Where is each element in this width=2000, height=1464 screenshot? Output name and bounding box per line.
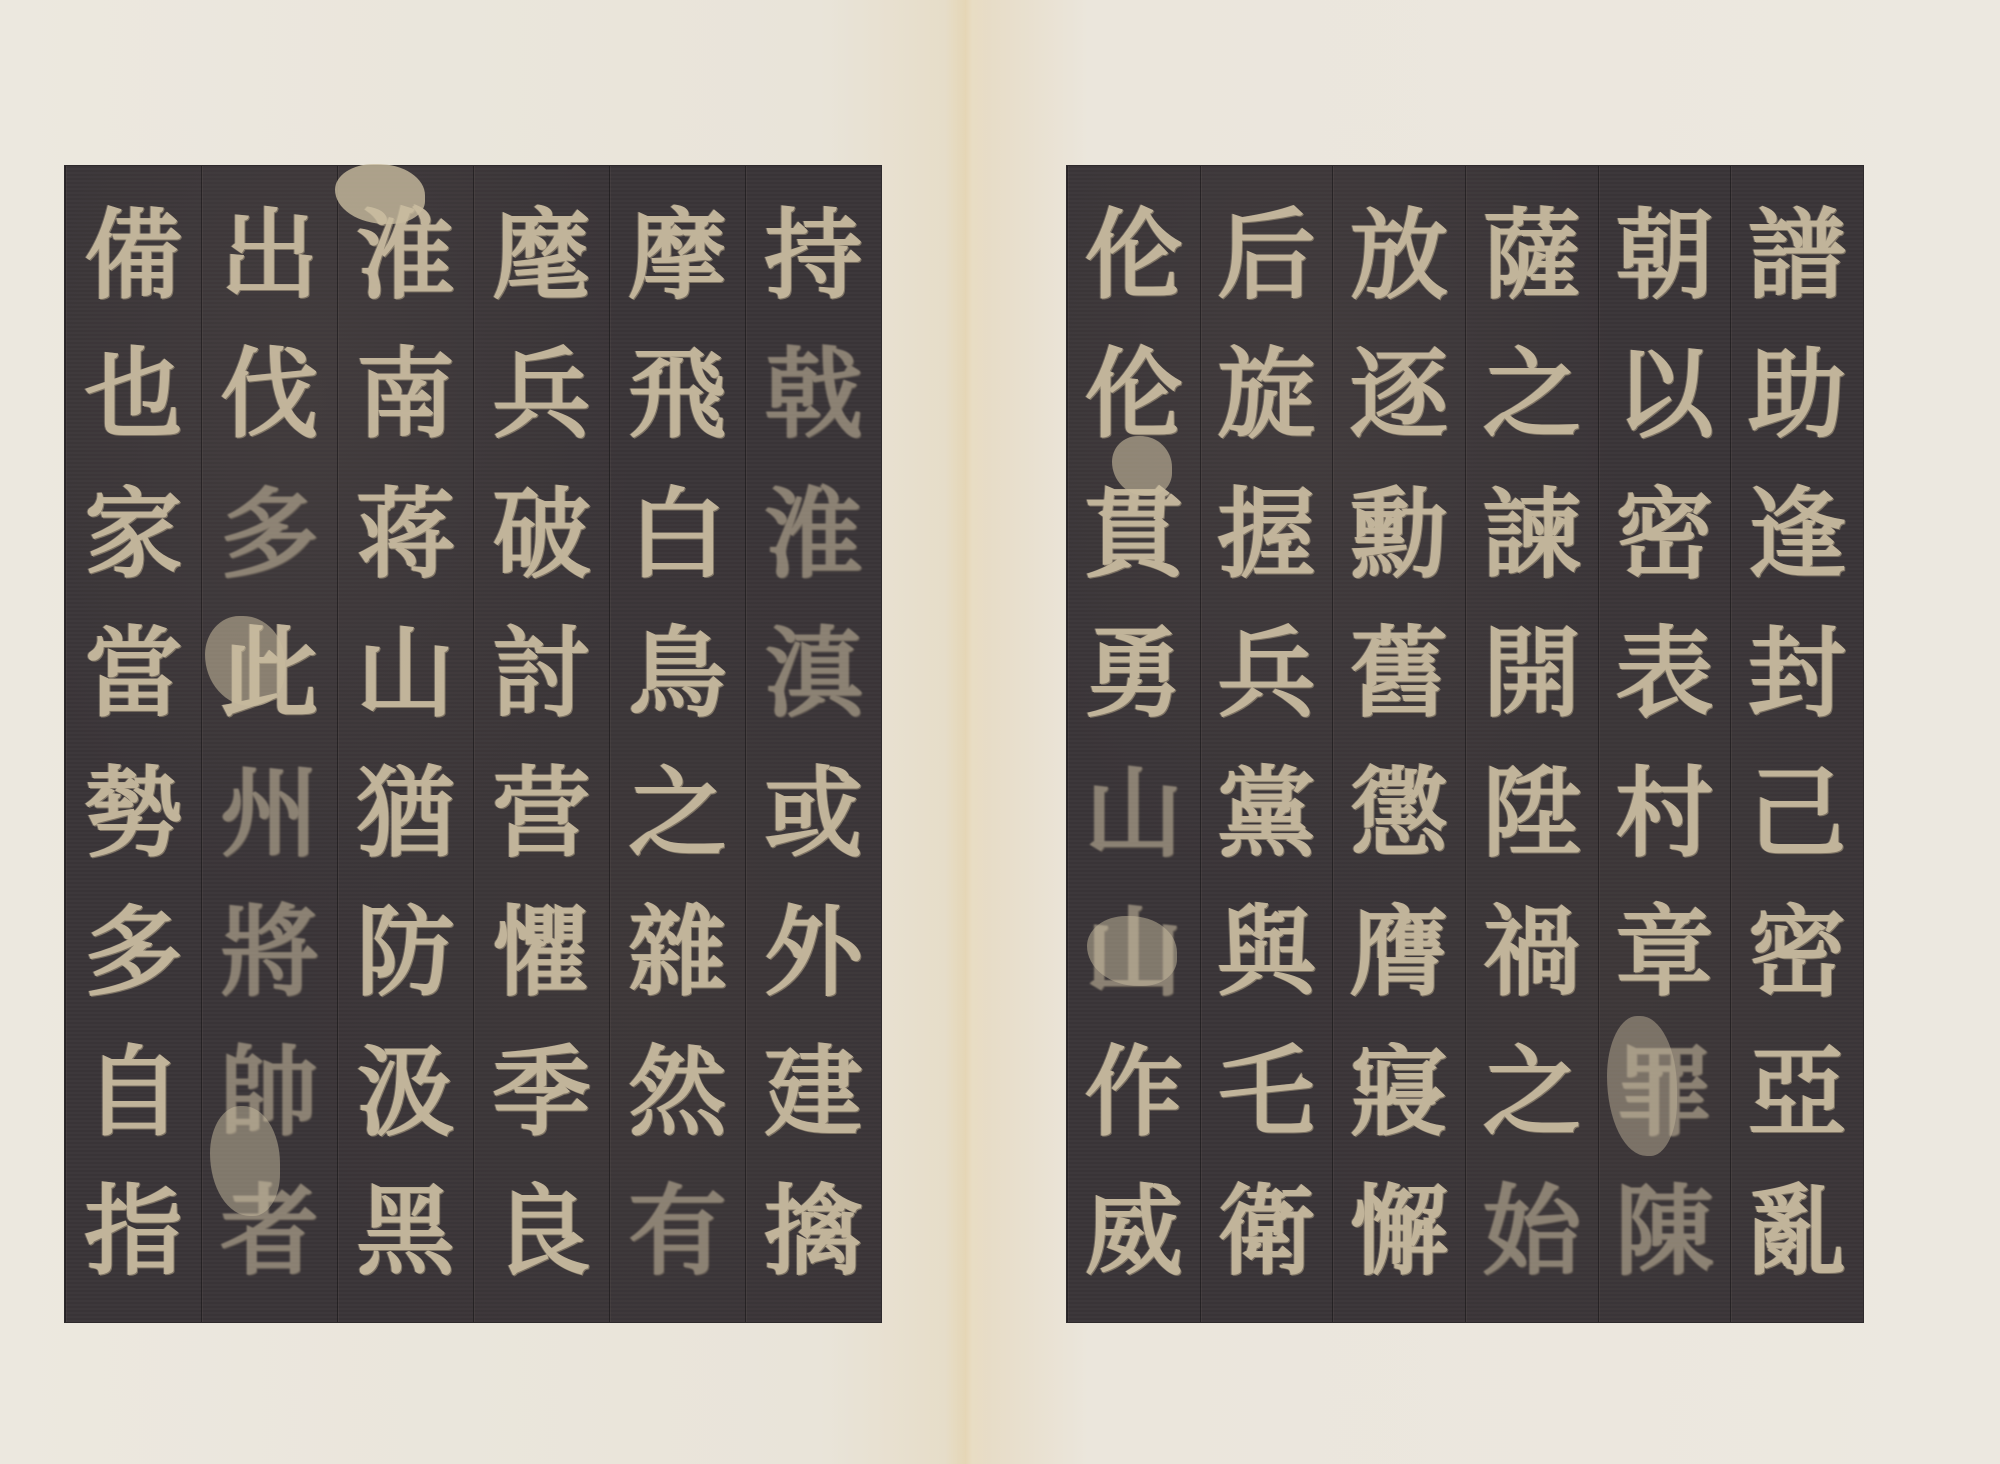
glyph: 伐 [220,346,318,444]
glyph: 亂 [1748,1183,1846,1281]
calligraphy-column: 后 旋 握 兵 黨 與 乇 衛 [1200,166,1333,1322]
glyph: 建 [764,1044,862,1142]
glyph: 寢 [1350,1044,1448,1142]
glyph: 封 [1748,625,1846,723]
calligraphy-column: 摩 飛 白 鳥 之 雜 然 有 [609,166,745,1322]
glyph: 威 [1085,1183,1183,1281]
calligraphy-column: 朝 以 密 表 村 章 罪 陳 [1598,166,1731,1322]
glyph: 汲 [356,1044,454,1142]
glyph: 南 [356,346,454,444]
glyph: 貫 [1085,486,1183,584]
glyph: 防 [356,904,454,1002]
glyph: 放 [1350,207,1448,305]
glyph: 薩 [1483,207,1581,305]
glyph: 乇 [1217,1044,1315,1142]
calligraphy-column: 備 也 家 當 勢 多 自 指 [65,166,201,1322]
glyph: 外 [764,904,862,1002]
glyph: 旋 [1217,346,1315,444]
glyph: 諫 [1483,486,1581,584]
glyph: 討 [492,625,590,723]
glyph: 章 [1615,904,1713,1002]
glyph: 多 [220,486,318,584]
glyph: 逐 [1350,346,1448,444]
glyph: 己 [1748,765,1846,863]
glyph: 衛 [1217,1183,1315,1281]
glyph: 將 [220,904,318,1002]
calligraphy-column: 麾 兵 破 討 营 懼 季 良 [473,166,609,1322]
glyph: 淮 [764,486,862,584]
glyph: 譜 [1748,207,1846,305]
glyph: 黨 [1217,765,1315,863]
glyph: 戟 [764,346,862,444]
glyph: 破 [492,486,590,584]
glyph: 朝 [1615,207,1713,305]
glyph: 蒋 [356,486,454,584]
glyph: 麾 [492,207,590,305]
glyph: 季 [492,1044,590,1142]
glyph: 擒 [764,1183,862,1281]
glyph: 伦 [1085,346,1183,444]
glyph: 白 [628,486,726,584]
glyph: 備 [84,207,182,305]
glyph: 村 [1615,765,1713,863]
glyph: 逢 [1748,486,1846,584]
calligraphy-column: 伦 伦 貫 勇 山 山 作 威 [1067,166,1200,1322]
glyph: 作 [1085,1044,1183,1142]
glyph: 之 [628,765,726,863]
glyph: 勳 [1350,486,1448,584]
glyph: 舊 [1350,625,1448,723]
glyph: 山 [1085,765,1183,863]
glyph: 兵 [1217,625,1315,723]
glyph: 雜 [628,904,726,1002]
glyph: 開 [1483,625,1581,723]
glyph: 猶 [356,765,454,863]
glyph: 自 [84,1044,182,1142]
glyph: 懈 [1350,1183,1448,1281]
calligraphy-column: 薩 之 諫 開 陞 禍 之 始 [1465,166,1598,1322]
rubbing-panel-right: 譜 助 逢 封 己 密 亞 亂 朝 以 密 表 村 章 罪 陳 薩 之 諫 開 … [1067,166,1863,1322]
calligraphy-column: 持 戟 淮 滇 或 外 建 擒 [745,166,881,1322]
calligraphy-column: 譜 助 逢 封 己 密 亞 亂 [1730,166,1863,1322]
glyph: 摩 [628,207,726,305]
glyph: 有 [628,1183,726,1281]
glyph: 亞 [1748,1044,1846,1142]
glyph: 握 [1217,486,1315,584]
glyph: 陳 [1615,1183,1713,1281]
glyph: 勇 [1085,625,1183,723]
rubbing-panel-left: 持 戟 淮 滇 或 外 建 擒 摩 飛 白 鳥 之 雜 然 有 麾 兵 破 討 … [65,166,881,1322]
calligraphy-column: 淮 南 蒋 山 猶 防 汲 黑 [337,166,473,1322]
glyph: 伦 [1085,207,1183,305]
glyph: 與 [1217,904,1315,1002]
glyph: 助 [1748,346,1846,444]
glyph: 滇 [764,625,862,723]
glyph: 之 [1483,346,1581,444]
glyph: 后 [1217,207,1315,305]
glyph: 多 [84,904,182,1002]
glyph: 然 [628,1044,726,1142]
calligraphy-column: 放 逐 勳 舊 懲 膺 寢 懈 [1332,166,1465,1322]
glyph: 鳥 [628,625,726,723]
glyph: 之 [1483,1044,1581,1142]
glyph: 密 [1748,904,1846,1002]
album-spine-fold [945,0,990,1464]
glyph: 陞 [1483,765,1581,863]
glyph: 禍 [1483,904,1581,1002]
glyph: 表 [1615,625,1713,723]
glyph: 持 [764,207,862,305]
glyph: 良 [492,1183,590,1281]
glyph: 始 [1483,1183,1581,1281]
glyph: 指 [84,1183,182,1281]
glyph: 兵 [492,346,590,444]
glyph: 膺 [1350,904,1448,1002]
glyph: 或 [764,765,862,863]
glyph: 密 [1615,486,1713,584]
glyph: 懼 [492,904,590,1002]
glyph: 當 [84,625,182,723]
glyph: 勢 [84,765,182,863]
glyph: 州 [220,765,318,863]
glyph: 家 [84,486,182,584]
glyph: 营 [492,765,590,863]
glyph: 飛 [628,346,726,444]
glyph: 山 [356,625,454,723]
glyph: 也 [84,346,182,444]
glyph: 出 [220,207,318,305]
glyph: 黑 [356,1183,454,1281]
glyph: 懲 [1350,765,1448,863]
glyph: 以 [1615,346,1713,444]
